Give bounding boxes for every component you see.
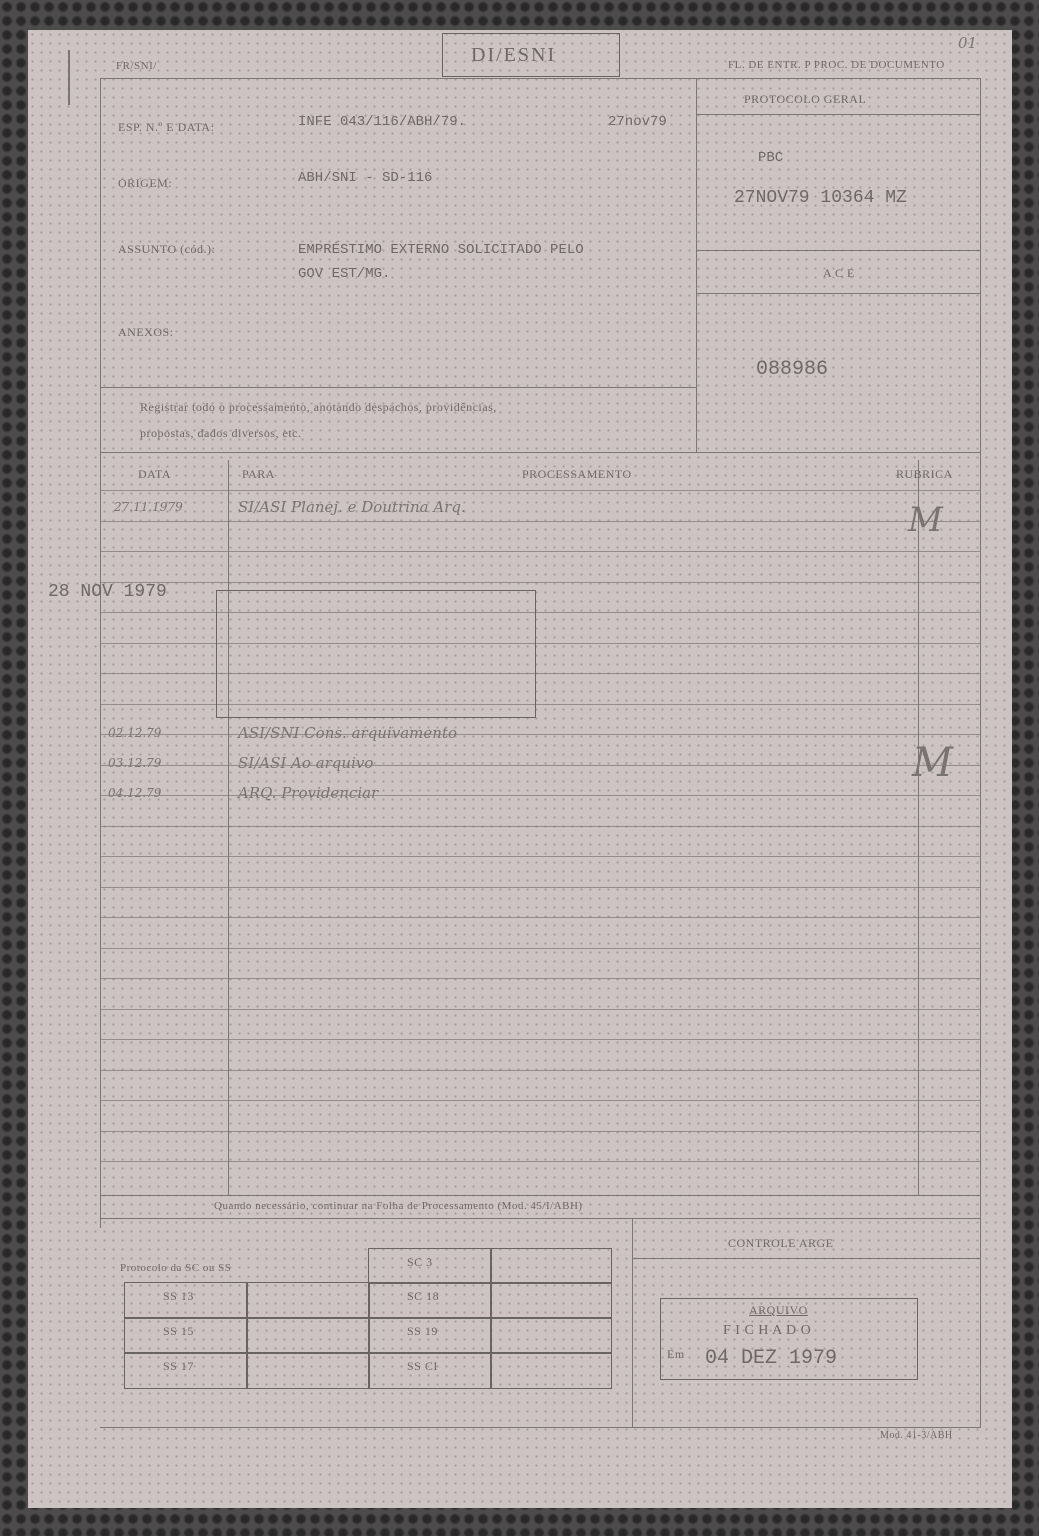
grid-cell: SC 18 — [368, 1282, 492, 1319]
col-header-data: DATA — [138, 467, 171, 482]
form-title: FL. DE ENTR. P PROC. DE DOCUMENTO — [728, 59, 945, 71]
esp-value: INFE 043/116/ABH/79. — [298, 114, 466, 130]
controle-title: CONTROLE ARGE — [728, 1236, 834, 1251]
anexos-label: ANEXOS: — [118, 325, 174, 340]
grid-cell: SS 17 — [124, 1352, 248, 1389]
model-number: Mod. 41-3/ABH — [880, 1430, 953, 1441]
grid-cell: SS 15 — [124, 1317, 248, 1354]
protocolo-line-1: PBC — [758, 150, 783, 166]
assunto-label: ASSUNTO (cód.): — [118, 242, 215, 257]
esp-date: 27nov79 — [608, 114, 667, 130]
esp-label: ESP. N.º E DATA: — [118, 120, 214, 135]
routing-stamp — [216, 590, 536, 718]
grid-cell — [246, 1282, 370, 1319]
grid-cell: SC 3 — [368, 1248, 492, 1284]
grid-cell — [246, 1352, 370, 1389]
origin-code: FR/SNI/ — [116, 60, 157, 72]
received-stamp: 28 NOV 1979 — [48, 582, 167, 602]
col-header-processamento: PROCESSAMENTO — [522, 467, 632, 482]
margin-mark — [68, 50, 70, 105]
continue-note: Quando necessário, continuar na Folha de… — [214, 1200, 583, 1212]
rubrica-signature: M — [908, 500, 943, 540]
origem-label: ORIGEM: — [118, 176, 172, 191]
arquivo-fichado-stamp: ARQUIVO F I C H A D O Em 04 DEZ 1979 — [660, 1298, 918, 1380]
grid-cell — [490, 1248, 612, 1284]
protocolo-title: PROTOCOLO GERAL — [744, 92, 866, 107]
ace-label: A C E — [823, 266, 855, 281]
grid-cell: SS 19 — [368, 1317, 492, 1354]
grid-cell — [490, 1317, 612, 1354]
page-number: 01 — [958, 34, 977, 52]
protocol-label: Protocolo da SC ou SS — [120, 1262, 231, 1274]
protocolo-line-2: 27NOV79 10364 MZ — [734, 188, 907, 208]
document-sheet: FR/SNI/ DI/ESNI FL. DE ENTR. P PROC. DE … — [28, 30, 1012, 1508]
instruction-line-2: propostas, dados diversos, etc. — [140, 426, 301, 441]
grid-cell: SS CI — [368, 1352, 492, 1389]
col-header-para: PARA — [242, 467, 275, 482]
grid-cell — [246, 1317, 370, 1354]
instruction-line-1: Registrar todo o processamento, anotando… — [140, 400, 497, 415]
grid-cell — [490, 1282, 612, 1319]
origem-value: ABH/SNI - SD-116 — [298, 170, 432, 186]
col-header-rubrica: RUBRICA — [896, 467, 953, 482]
assunto-line-1: EMPRÉSTIMO EXTERNO SOLICITADO PELO — [298, 242, 584, 258]
ace-number: 088986 — [756, 358, 828, 381]
grid-cell: SS 13 — [124, 1282, 248, 1319]
rubrica-signature: M — [912, 740, 953, 786]
assunto-line-2: GOV EST/MG. — [298, 266, 390, 282]
grid-cell — [490, 1352, 612, 1389]
di-esni-stamp: DI/ESNI — [442, 33, 620, 77]
